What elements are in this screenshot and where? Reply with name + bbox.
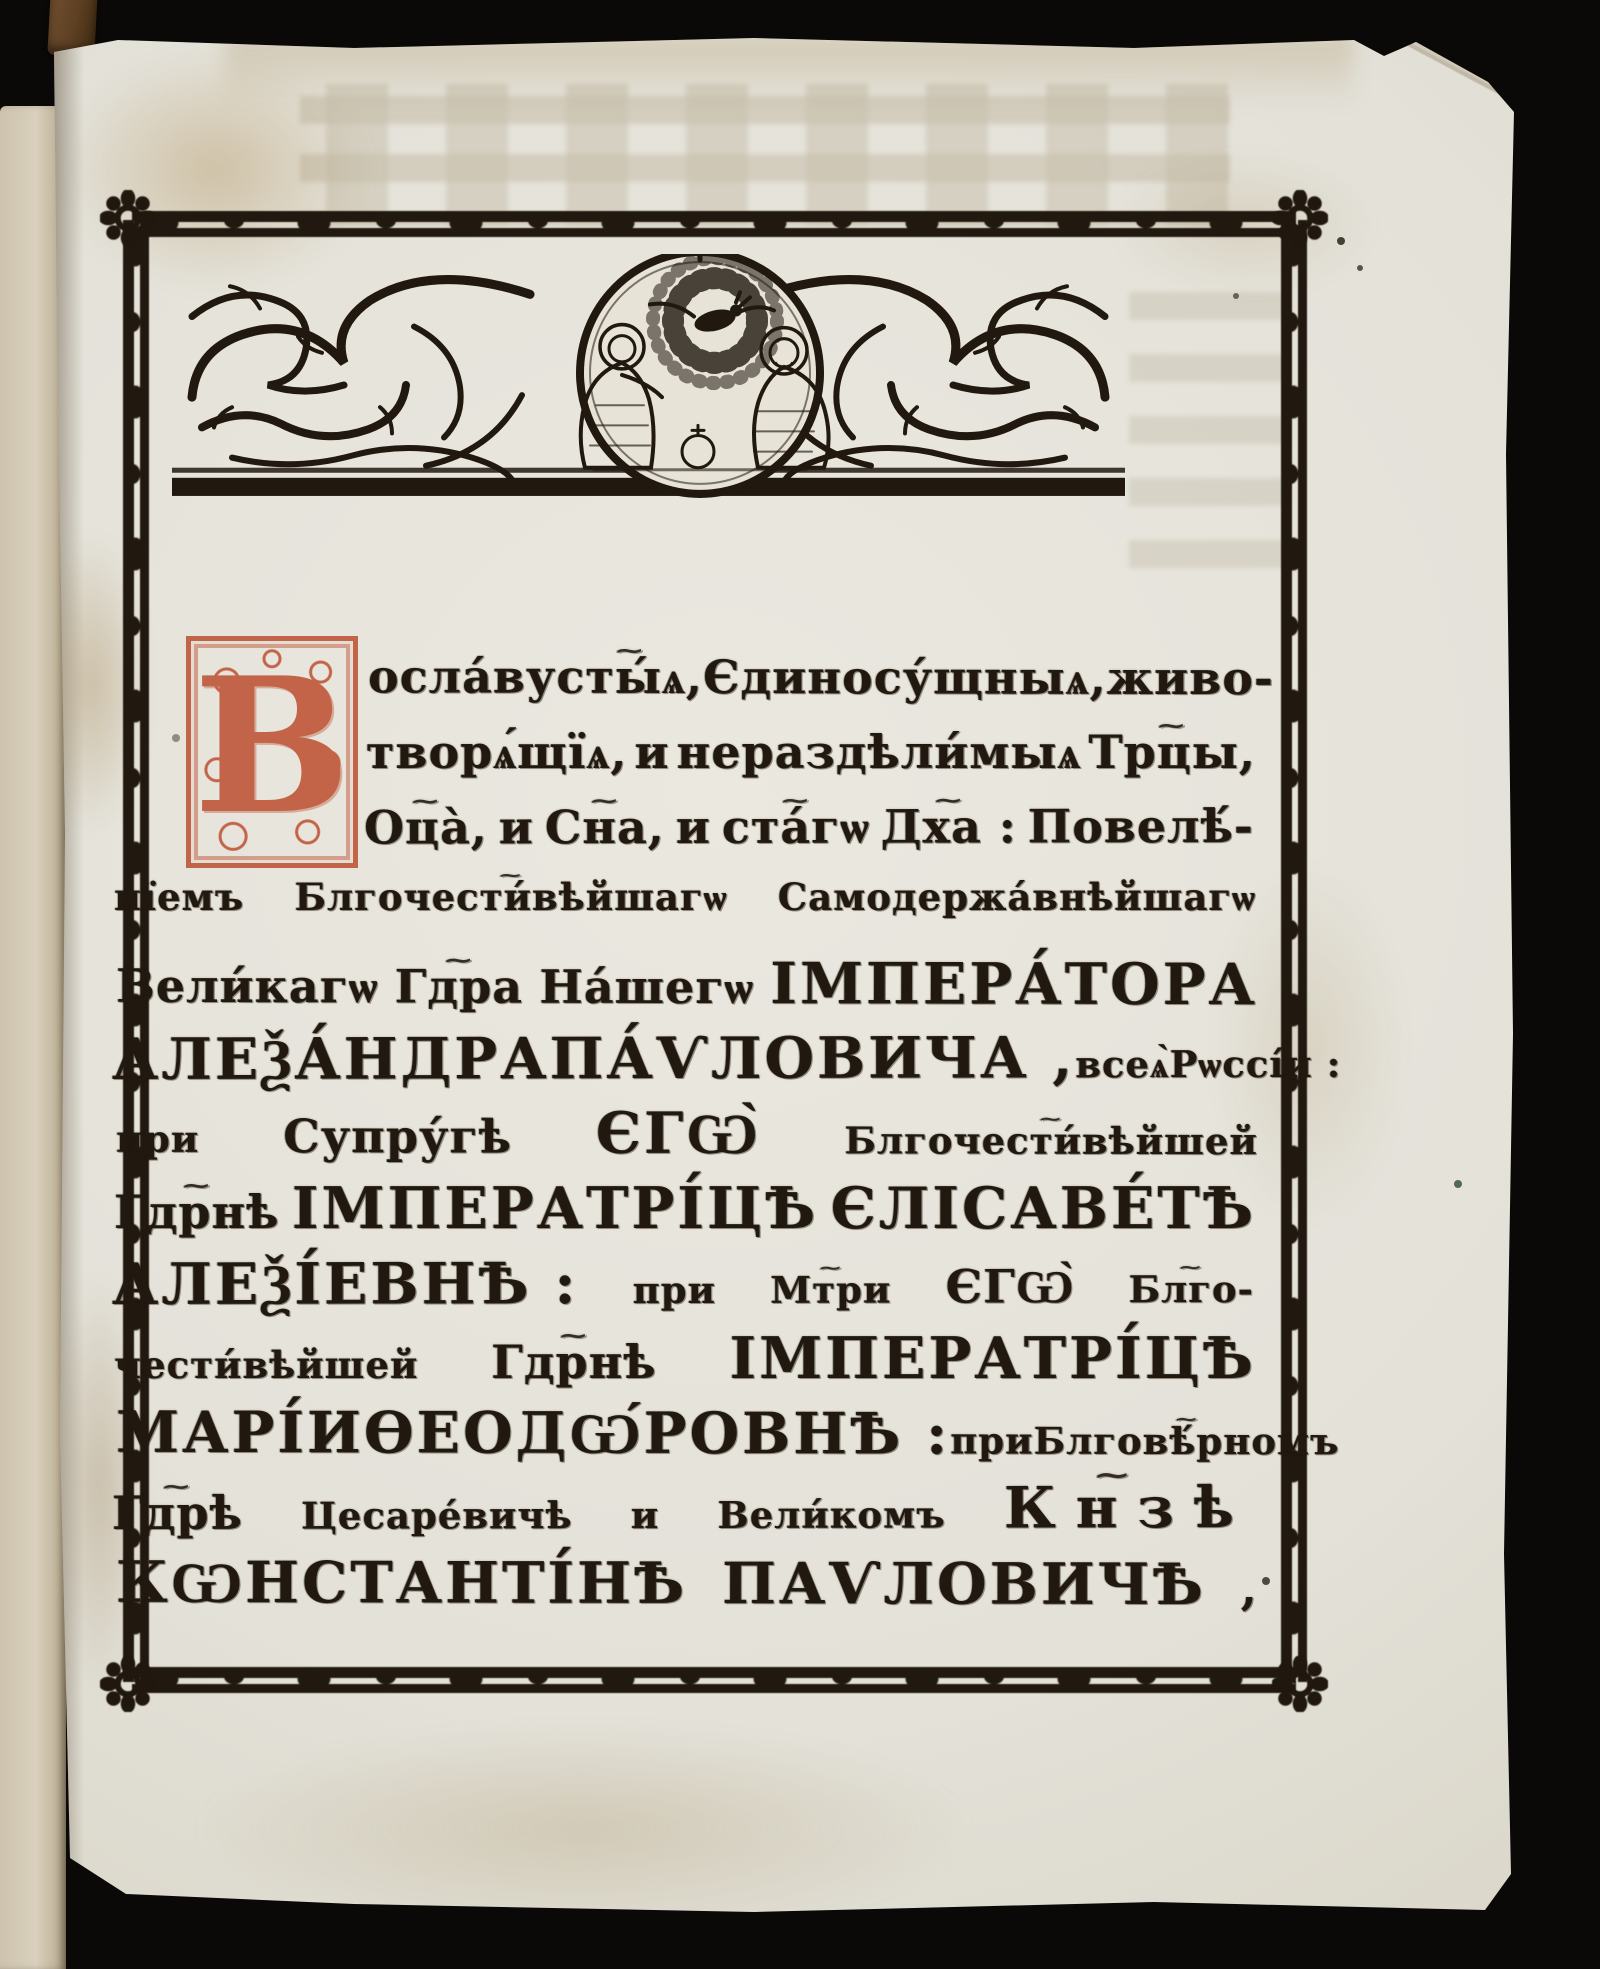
chain-border-bottom [132,1650,1296,1708]
text-segment: Єдиносу́щныѧ, [703,650,1107,705]
text-segment: Повелѣ́- [1028,799,1254,853]
text-segment: Цесаре́вичѣ [301,1493,573,1537]
text-segment: ІМПЕРА́ТОРА [770,950,1258,1018]
text-line: КѠНСТАНТІ́НѢПАѴЛОВИЧѢ, [116,1549,1258,1626]
text-segment: при [116,1117,199,1161]
text-segment: нераздѣли́мыѧ [677,725,1082,779]
text-segment: всеѧ̀ [1075,1042,1169,1087]
text-segment: Блгочести́вѣйшагѡ [294,875,727,920]
text-line: МАРІ́ИѲЕОДѠ́РОВНѢ :приБлговѣ́рномъ [116,1399,1258,1476]
text-segment: чести́вѣйшей [114,1343,418,1387]
text-segment: и [676,800,711,854]
text-line: ГдрѣЦесаре́вичѣиВели́комъКнзѣ [112,1474,1254,1551]
text-segment: Гдра [395,959,524,1013]
text-segment: ПА́ѴЛОВИЧА , [550,1024,1076,1092]
text-segment: МАРІ́И [116,1399,364,1467]
text-segment: АЛЕѮІ́ЕВНѢ : [112,1250,579,1318]
text-segment: Рѡссі́и : [1170,1042,1342,1087]
text-segment: и [631,1493,660,1537]
text-segment: нїемъ [114,875,244,919]
text-segment: Гдрнѣ [114,1185,280,1239]
text-line: ГдрнѣІМПЕРАТРІ́ЦѢЄЛІСАВЕ́ТѢ [114,1175,1256,1250]
text-line: чести́вѣйшейГдрнѣІМПЕРАТРІ́ЦѢ [114,1325,1256,1400]
text-segment: Дха : [881,799,1017,853]
text-line: Оца̀,иСна,иста́гѡДха :Повелѣ́- [112,799,1254,876]
rosette-icon [1272,1656,1328,1712]
text-segment: ЄГѠ̀ [596,1100,761,1167]
holy-spirit-dove-icon [650,258,777,383]
text-line: АЛЕѮА́НДРАПА́ѴЛОВИЧА ,всеѧ̀Рѡссі́и : [112,1024,1254,1101]
dog-ear-fold [1386,34,1516,118]
text-segment: творѧ́щїѧ, [366,725,628,779]
text-segment: Блго- [1129,1267,1254,1311]
book-page: В осла́вусты́ѧ,Єдиносу́щныѧ,живо-творѧ́щ… [54,34,1532,1936]
text-segment: при [633,1268,716,1312]
text-line: АЛЕѮІ́ЕВНѢ :приМтриЄГѠ̀Блго- [112,1249,1254,1326]
previous-leaf-stub [0,106,66,1969]
text-segment: Блговѣ́рномъ [1034,1419,1340,1464]
text-segment: ѲЕОДѠ́РОВНѢ : [364,1399,950,1467]
rosette-icon [100,1656,156,1712]
photo-backdrop: В осла́вусты́ѧ,Єдиносу́щныѧ,живо-творѧ́щ… [0,0,1600,1969]
rosette-icon [1272,190,1328,246]
text-segment: ЄЛІСАВЕ́ТѢ [831,1175,1256,1242]
text-segment: Мтри [770,1268,891,1312]
text-segment: Гдрнѣ [491,1335,657,1389]
text-block: осла́вусты́ѧ,Єдиносу́щныѧ,живо-творѧ́щїѧ… [114,650,1256,1625]
text-segment: На́шегѡ [539,960,754,1014]
text-line: нїемъБлгочести́вѣйшагѡСамодержа́внѣйшагѡ [114,875,1256,950]
text-line: приСупру́гѣЄГѠ̀Блгочести́вѣйшей [116,1099,1258,1176]
text-segment: Оца̀, [364,800,488,854]
stain [224,36,1354,106]
text-segment: о [368,649,400,703]
text-segment: ПАѴЛОВИЧѢ [722,1550,1206,1618]
text-segment: ІМПЕРАТРІ́ЦѢ [729,1325,1256,1392]
text-segment: Гдрѣ [112,1486,243,1540]
text-segment: ста́гѡ [722,800,870,854]
acanthus-scrollwork [192,280,530,480]
text-segment: АЛЕѮА́НДРА [112,1025,550,1093]
text-segment: Кнзѣ [1004,1474,1254,1541]
text-segment: Сна, [545,800,665,854]
text-segment: Вели́кагѡ [116,959,378,1014]
text-segment: Вели́комъ [717,1493,945,1537]
text-segment: при [950,1419,1033,1463]
text-segment: ЄГѠ̀ [946,1259,1075,1313]
text-segment: Самодержа́внѣйшагѡ [778,875,1256,920]
text-segment: Супру́гѣ [283,1109,512,1163]
trinity-medallion [580,254,829,494]
rosette-icon [100,190,156,246]
text-segment: , [1241,1561,1258,1615]
text-segment: Трцы, [1088,725,1256,779]
text-segment: Блгочести́вѣйшей [844,1118,1258,1163]
text-segment: сла́ву [400,649,557,703]
text-line: Вели́кагѡГдраНа́шегѡІМПЕРА́ТОРА [116,949,1258,1026]
text-segment: и [635,725,670,779]
headpiece-woodcut [170,254,1127,504]
text-segment: сты́ѧ, [556,650,703,704]
text-line: творѧ́щїѧ,инераздѣли́мыѧТрцы, [114,725,1256,800]
text-segment: КѠНСТАНТІ́НѢ [116,1549,687,1617]
text-segment: живо- [1107,651,1274,705]
text-segment: ІМПЕРАТРІ́ЦѢ [292,1175,819,1242]
text-segment: и [499,800,534,854]
chain-border-top [132,194,1296,252]
text-line: осла́вусты́ѧ,Єдиносу́щныѧ,живо- [116,649,1258,726]
stain [194,1724,974,1934]
